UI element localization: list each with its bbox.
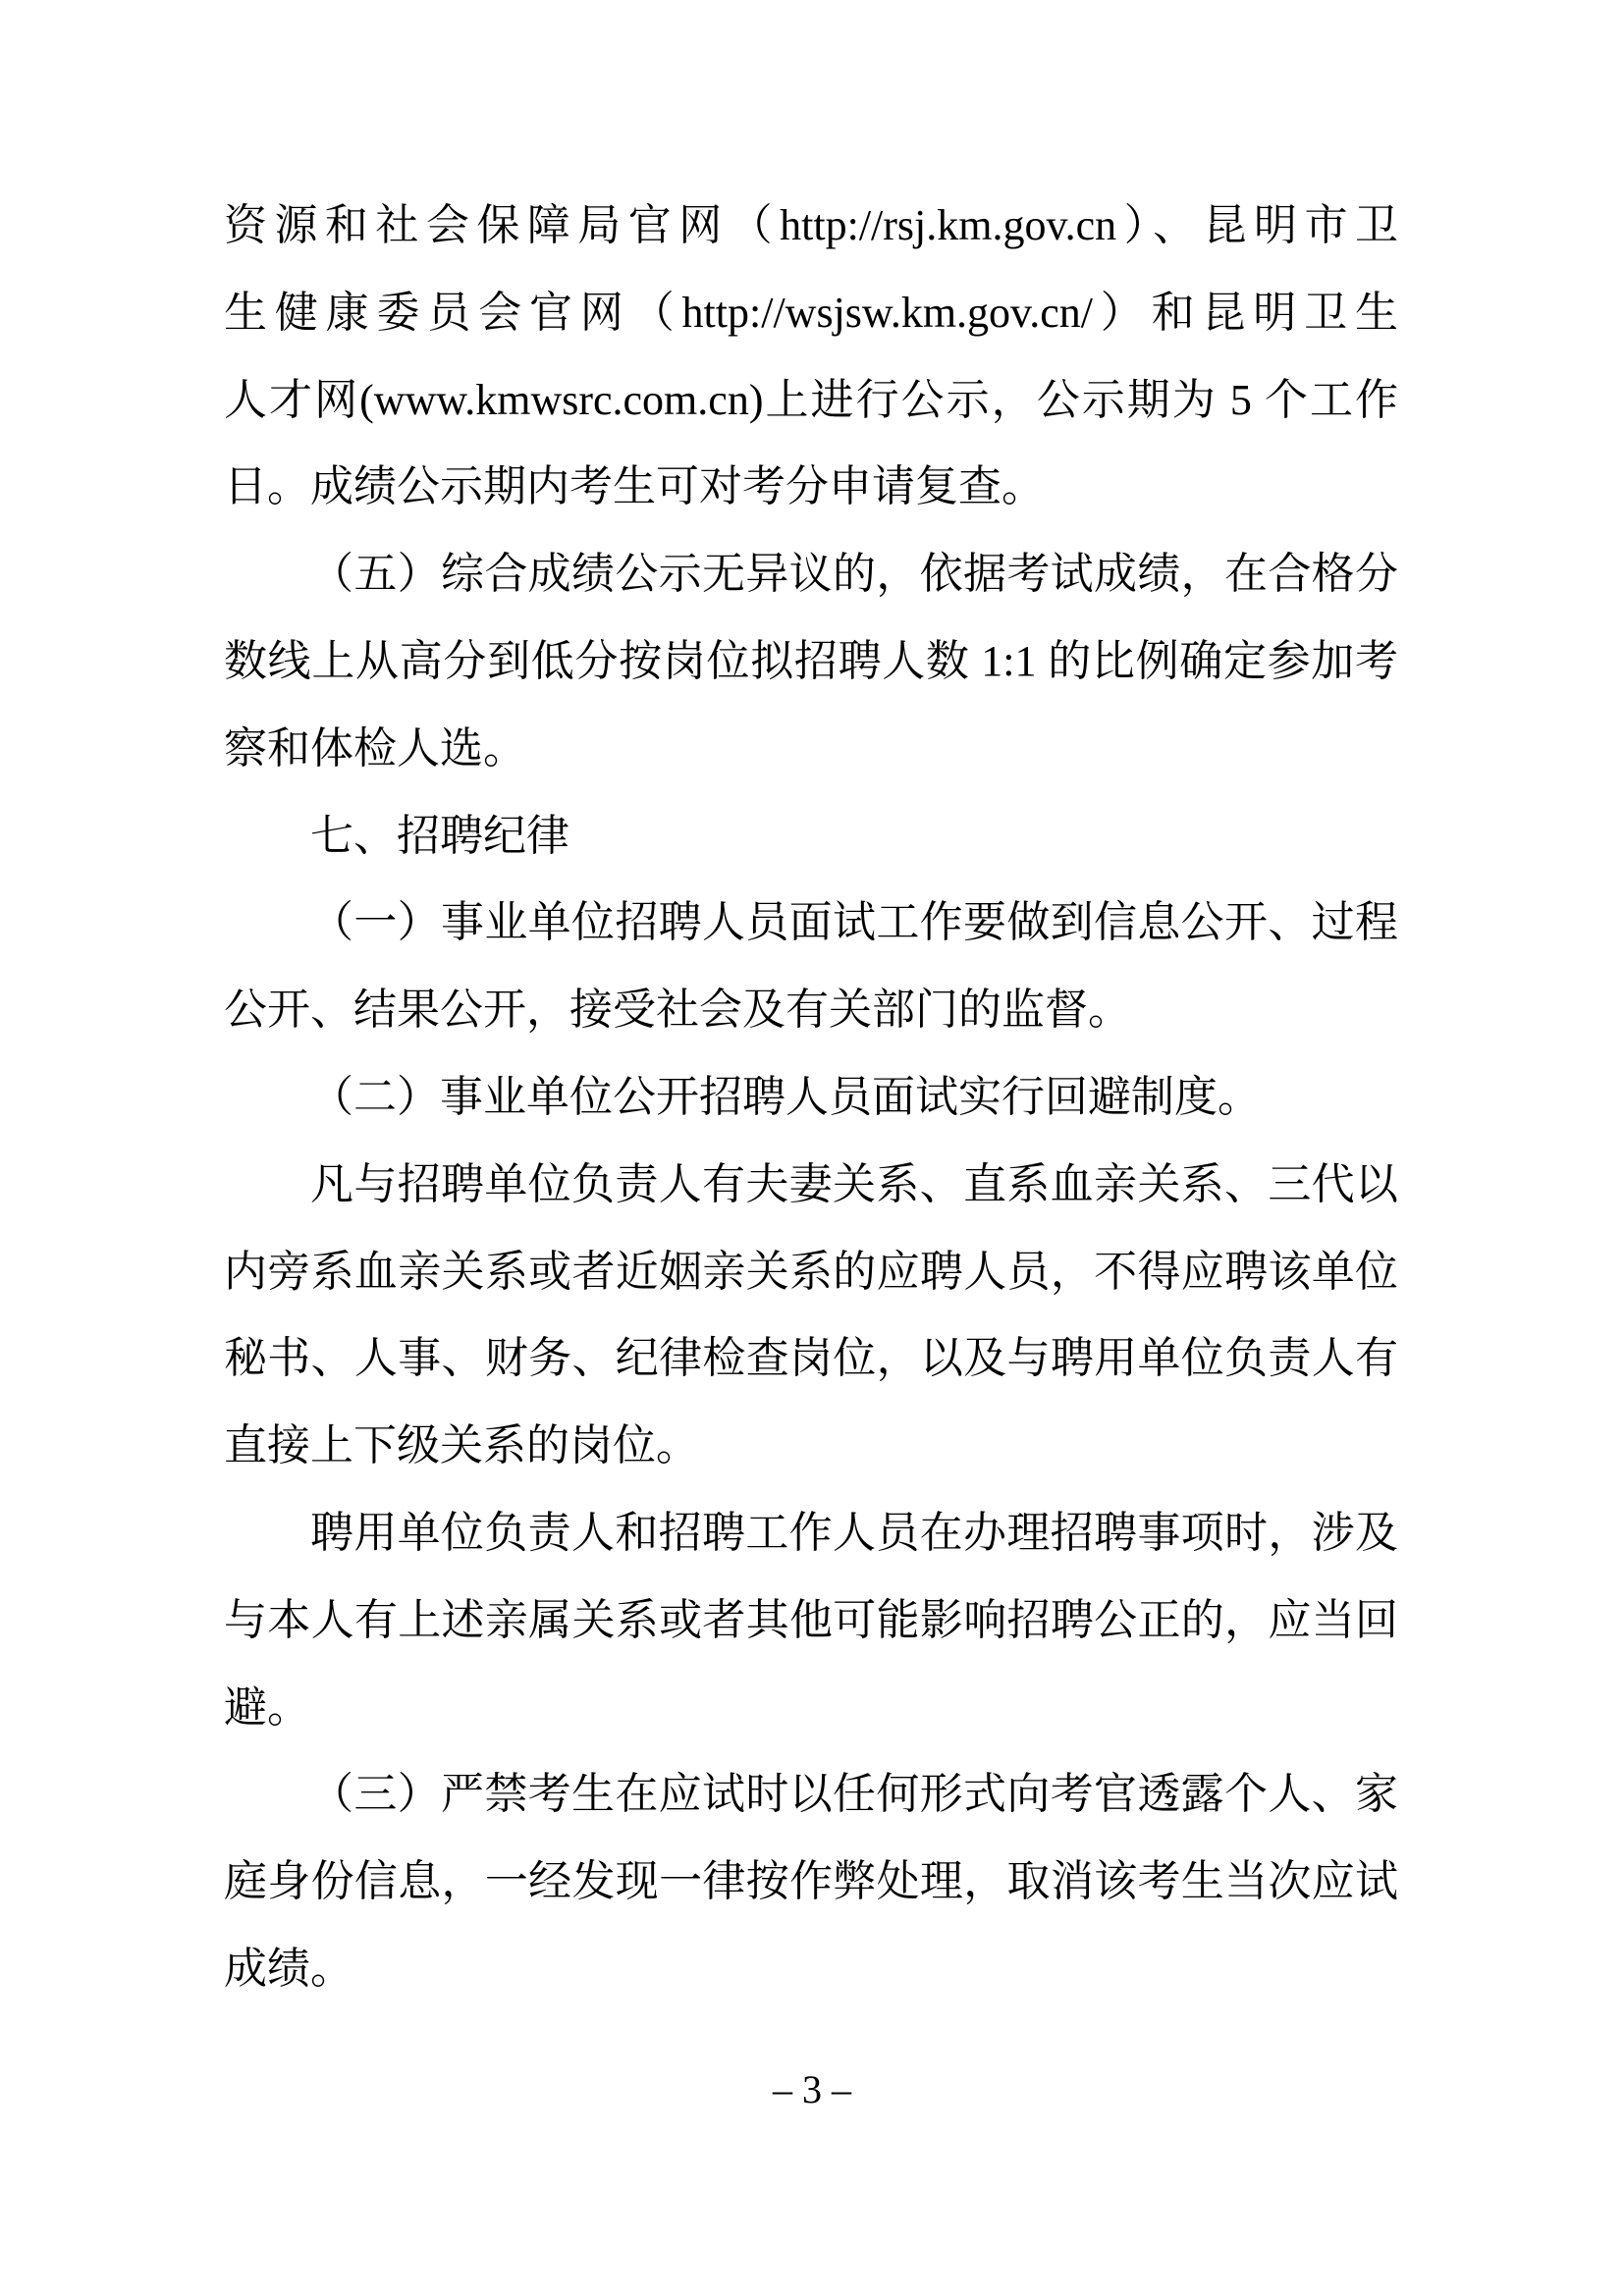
text-line: 直接上下级关系的岗位。 — [224, 1403, 1398, 1490]
text-line: 与本人有上述亲属关系或者其他可能影响招聘公正的，应当回 — [224, 1577, 1398, 1665]
text-line: 避。 — [224, 1665, 1398, 1752]
text-line: 七、招聘纪律 — [224, 793, 1398, 881]
text-line: 公开、结果公开，接受社会及有关部门的监督。 — [224, 967, 1398, 1054]
text-line: 日。成绩公示期内考生可对考分申请复查。 — [224, 444, 1398, 531]
text-line: （五）综合成绩公示无异议的，依据考试成绩，在合格分 — [224, 531, 1398, 618]
text-line: 内旁系血亲关系或者近姻亲关系的应聘人员，不得应聘该单位 — [224, 1229, 1398, 1316]
text-line: （一）事业单位招聘人员面试工作要做到信息公开、过程 — [224, 880, 1398, 967]
text-line: （三）严禁考生在应试时以任何形式向考官透露个人、家 — [224, 1751, 1398, 1839]
body-text: 资源和社会保障局官网（http://rsj.km.gov.cn）、昆明市卫生健康… — [224, 183, 1398, 2013]
page-number: – 3 – — [0, 2065, 1624, 2114]
text-line: 成绩。 — [224, 1926, 1398, 2013]
text-line: 资源和社会保障局官网（http://rsj.km.gov.cn）、昆明市卫 — [224, 183, 1398, 270]
text-line: 数线上从高分到低分按岗位拟招聘人数 1:1 的比例确定参加考 — [224, 618, 1398, 706]
text-line: 察和体检人选。 — [224, 706, 1398, 793]
text-line: 凡与招聘单位负责人有夫妻关系、直系血亲关系、三代以 — [224, 1142, 1398, 1229]
text-line: 生健康委员会官网（http://wsjsw.km.gov.cn/）和昆明卫生 — [224, 270, 1398, 357]
text-line: （二）事业单位公开招聘人员面试实行回避制度。 — [224, 1054, 1398, 1142]
text-line: 秘书、人事、财务、纪律检查岗位，以及与聘用单位负责人有 — [224, 1315, 1398, 1403]
text-line: 庭身份信息，一经发现一律按作弊处理，取消该考生当次应试 — [224, 1839, 1398, 1926]
document-page: 资源和社会保障局官网（http://rsj.km.gov.cn）、昆明市卫生健康… — [0, 0, 1624, 2296]
text-line: 人才网(www.kmwsrc.com.cn)上进行公示，公示期为 5 个工作 — [224, 357, 1398, 445]
text-line: 聘用单位负责人和招聘工作人员在办理招聘事项时，涉及 — [224, 1490, 1398, 1577]
